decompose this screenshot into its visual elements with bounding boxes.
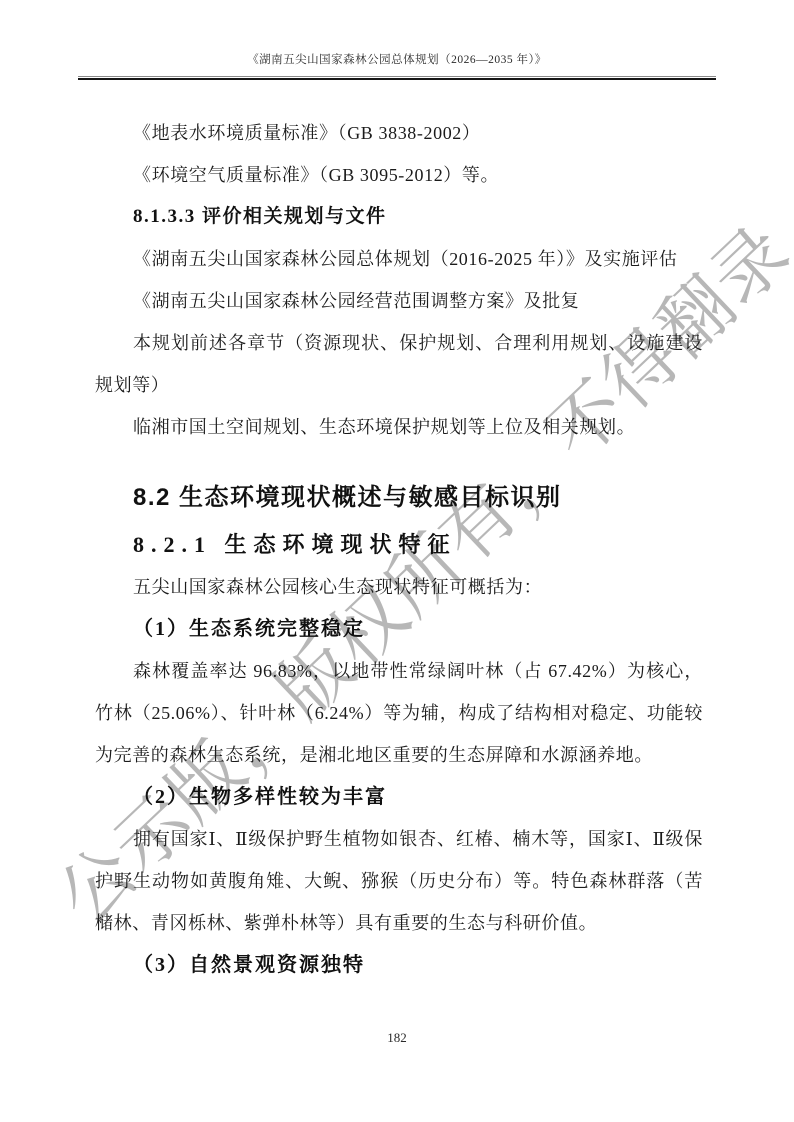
page-header: 《湖南五尖山国家森林公园总体规划（2026—2035 年）》 xyxy=(78,0,716,80)
subsection-heading: 8.1.3.3 评价相关规划与文件 xyxy=(95,196,703,238)
paragraph: 《地表水环境质量标准》（GB 3838-2002） xyxy=(95,112,703,154)
item-heading: （3）自然景观资源独特 xyxy=(95,944,703,986)
header-rule xyxy=(78,76,716,80)
header-title: 《湖南五尖山国家森林公园总体规划（2026—2035 年）》 xyxy=(78,0,716,68)
document-body: 《地表水环境质量标准》（GB 3838-2002）《环境空气质量标准》（GB 3… xyxy=(95,112,703,986)
paragraph: 《湖南五尖山国家森林公园总体规划（2016-2025 年）》及实施评估 xyxy=(95,238,703,280)
paragraph: 《环境空气质量标准》（GB 3095-2012）等。 xyxy=(95,154,703,196)
paragraph: 森林覆盖率达 96.83%，以地带性常绿阔叶林（占 67.42%）为核心，竹林（… xyxy=(95,650,703,776)
item-heading: （2）生物多样性较为丰富 xyxy=(95,776,703,818)
paragraph: 《湖南五尖山国家森林公园经营范围调整方案》及批复 xyxy=(95,280,703,322)
section-heading: 8.2 生态环境现状概述与敏感目标识别 xyxy=(95,476,703,520)
page-footer: 182 xyxy=(0,1030,794,1046)
page-number: 182 xyxy=(387,1030,407,1045)
subsection-heading: 8.2.1 生态环境现状特征 xyxy=(95,524,703,566)
document-page: 公示版，版权所有，不得翻录 《湖南五尖山国家森林公园总体规划（2026—2035… xyxy=(0,0,794,1122)
item-heading: （1）生态系统完整稳定 xyxy=(95,608,703,650)
paragraph: 拥有国家Ⅰ、Ⅱ级保护野生植物如银杏、红椿、楠木等，国家Ⅰ、Ⅱ级保护野生动物如黄腹… xyxy=(95,818,703,944)
paragraph: 临湘市国土空间规划、生态环境保护规划等上位及相关规划。 xyxy=(95,406,703,448)
paragraph: 本规划前述各章节（资源现状、保护规划、合理利用规划、设施建设规划等） xyxy=(95,322,703,406)
paragraph: 五尖山国家森林公园核心生态现状特征可概括为： xyxy=(95,566,703,608)
